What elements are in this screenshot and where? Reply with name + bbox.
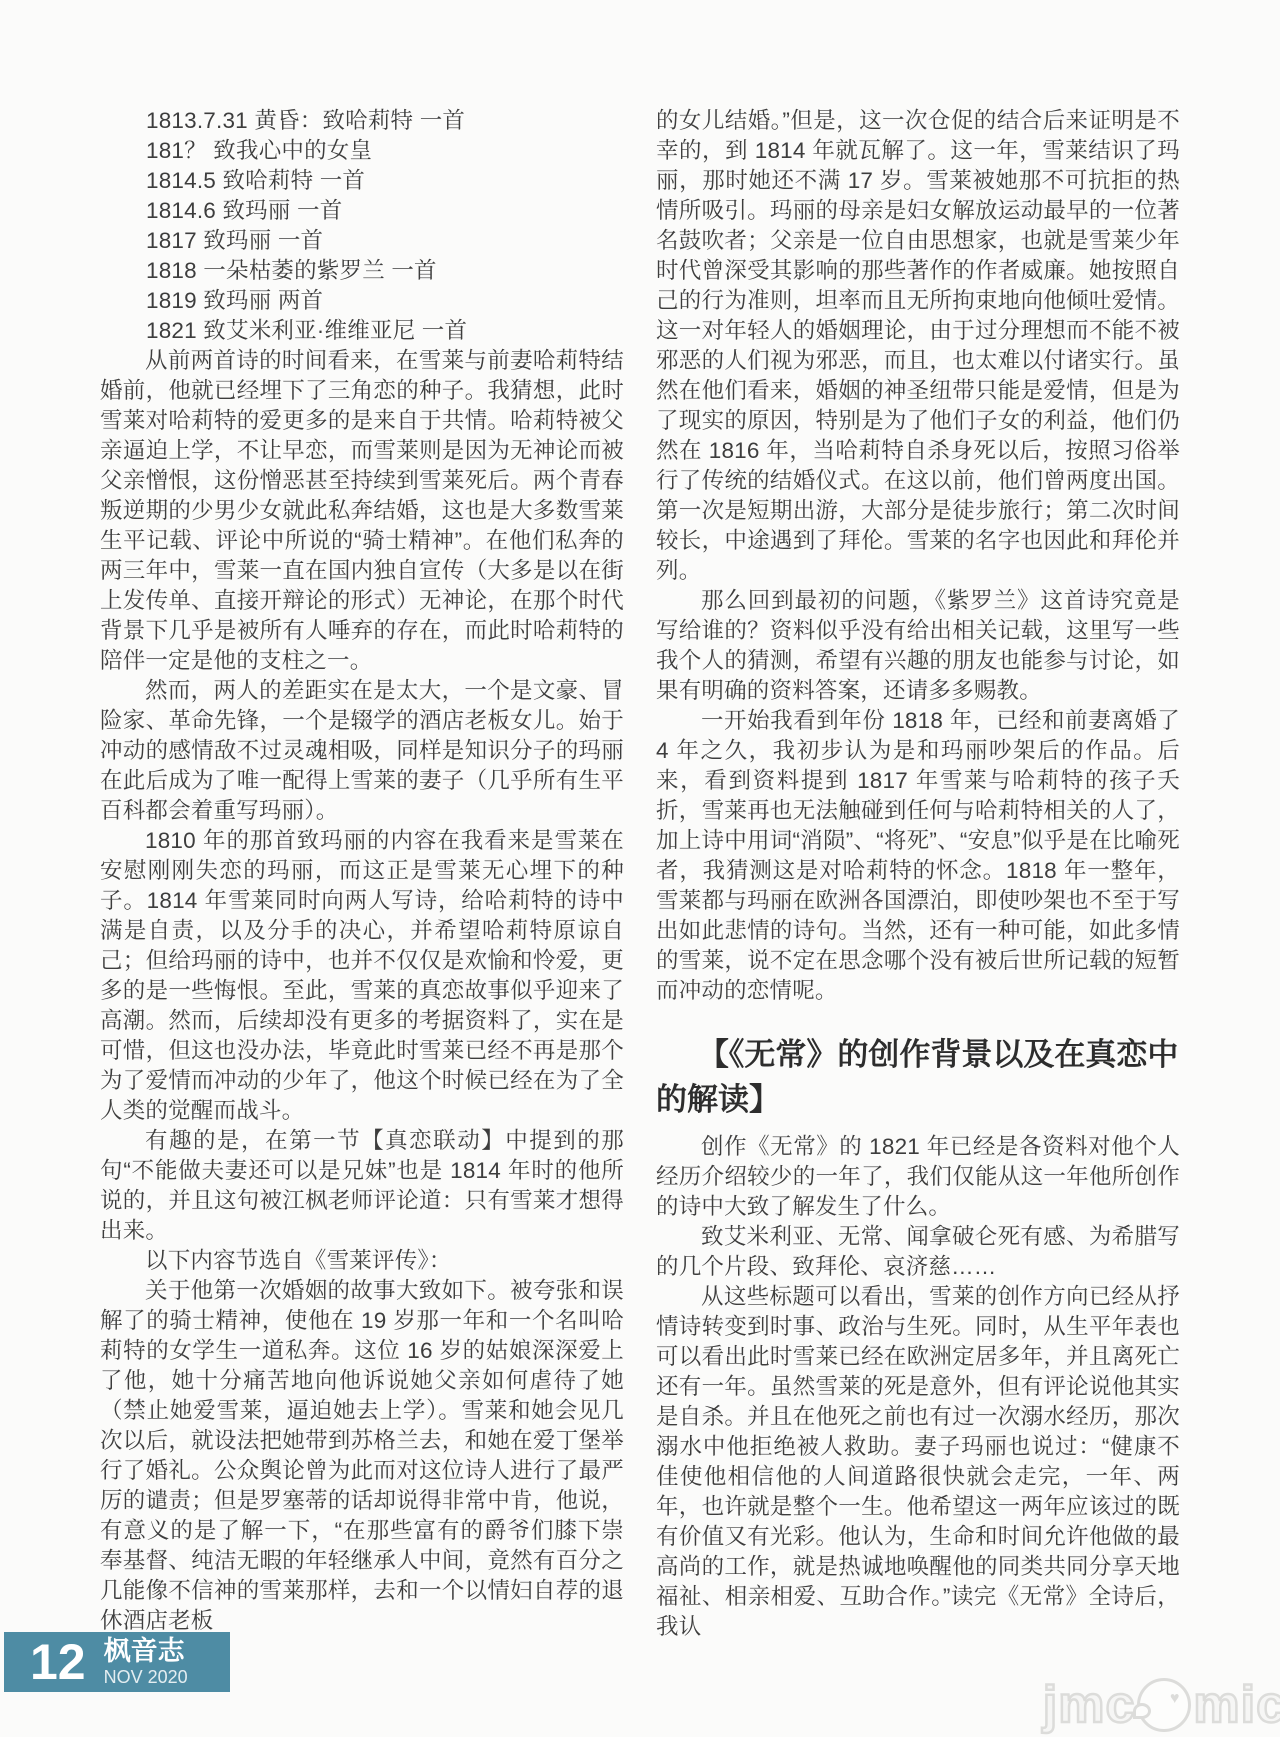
paragraph: 关于他第一次婚姻的故事大致如下。被夸张和误解了的骑士精神，使他在 19 岁那一年… bbox=[100, 1276, 624, 1636]
poem-list-item: 1821 致艾米利亚·维维亚尼 一首 bbox=[100, 316, 624, 346]
poem-chronology-list: 1813.7.31 黄昏：致哈莉特 一首 181？ 致我心中的女皇 1814.5… bbox=[100, 106, 624, 346]
paragraph: 然而，两人的差距实在是太大，一个是文豪、冒险家、革命先锋，一个是辍学的酒店老板女… bbox=[100, 676, 624, 826]
right-text-column: 的女儿结婚。”但是，这一次仓促的结合后来证明是不幸的，到 1814 年就瓦解了。… bbox=[656, 106, 1180, 1642]
poem-list-item: 1813.7.31 黄昏：致哈莉特 一首 bbox=[100, 106, 624, 136]
paragraph: 一开始我看到年份 1818 年，已经和前妻离婚了 4 年之久，我初步认为是和玛丽… bbox=[656, 706, 1180, 1006]
watermark-text-left: jmc bbox=[1043, 1675, 1136, 1735]
footer-magazine-info: 枫音志 NOV 2020 bbox=[104, 1636, 188, 1688]
watermark-text-right: mic bbox=[1193, 1675, 1280, 1735]
poem-list-item: 1814.5 致哈莉特 一首 bbox=[100, 166, 624, 196]
paragraph: 以下内容节选自《雪莱评传》： bbox=[100, 1246, 624, 1276]
section-heading: 【《无常》的创作背景以及在真恋中的解读】 bbox=[656, 1032, 1180, 1122]
footer-page-badge: 12 枫音志 NOV 2020 bbox=[4, 1632, 230, 1692]
paragraph: 创作《无常》的 1821 年已经是各资料对他个人经历介绍较少的一年了，我们仅能从… bbox=[656, 1132, 1180, 1222]
paragraph: 从这些标题可以看出，雪莱的创作方向已经从抒情诗转变到时事、政治与生死。同时，从生… bbox=[656, 1282, 1180, 1642]
poem-list-item: 181？ 致我心中的女皇 bbox=[100, 136, 624, 166]
poem-list-item: 1814.6 致玛丽 一首 bbox=[100, 196, 624, 226]
page-number: 12 bbox=[30, 1632, 86, 1692]
paragraph: 从前两首诗的时间看来，在雪莱与前妻哈莉特结婚前，他就已经埋下了三角恋的种子。我猜… bbox=[100, 346, 624, 676]
paragraph-continuation: 的女儿结婚。”但是，这一次仓促的结合后来证明是不幸的，到 1814 年就瓦解了。… bbox=[656, 106, 1180, 586]
poem-list-item: 1819 致玛丽 两首 bbox=[100, 286, 624, 316]
poem-list-item: 1818 一朵枯萎的紫罗兰 一首 bbox=[100, 256, 624, 286]
paragraph: 那么回到最初的问题，《紫罗兰》这首诗究竟是写给谁的？资料似乎没有给出相关记载，这… bbox=[656, 586, 1180, 706]
poem-list-item: 1817 致玛丽 一首 bbox=[100, 226, 624, 256]
paragraph: 有趣的是，在第一节【真恋联动】中提到的那句“不能做夫妻还可以是兄妹”也是 181… bbox=[100, 1126, 624, 1246]
watermark-logo: jmcmic bbox=[1043, 1675, 1280, 1735]
issue-date: NOV 2020 bbox=[104, 1666, 188, 1688]
magazine-name: 枫音志 bbox=[104, 1636, 188, 1666]
left-text-column: 1813.7.31 黄昏：致哈莉特 一首 181？ 致我心中的女皇 1814.5… bbox=[100, 106, 624, 1636]
watermark-bird-mascot-icon bbox=[1137, 1678, 1191, 1732]
paragraph: 1810 年的那首致玛丽的内容在我看来是雪莱在安慰刚刚失恋的玛丽，而这正是雪莱无… bbox=[100, 826, 624, 1126]
paragraph: 致艾米利亚、无常、闻拿破仑死有感、为希腊写的几个片段、致拜伦、哀济慈…… bbox=[656, 1222, 1180, 1282]
